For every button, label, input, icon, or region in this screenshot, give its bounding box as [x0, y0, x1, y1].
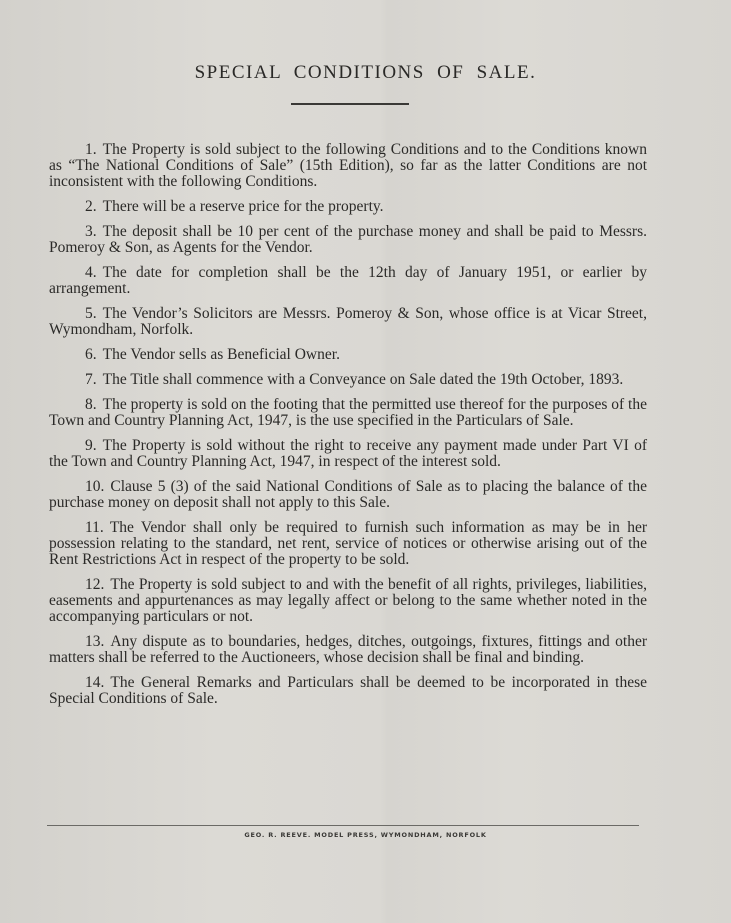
clause-7: 7.The Title shall commence with a Convey… [49, 372, 647, 388]
clause-4: 4.The date for completion shall be the 1… [49, 265, 647, 297]
clause-2: 2.There will be a reserve price for the … [49, 199, 647, 215]
clause-13: 13.Any dispute as to boundaries, hedges,… [49, 634, 647, 666]
clause-number: 11. [85, 519, 104, 536]
clause-text: The Property is sold subject to and with… [49, 576, 647, 625]
clause-number: 1. [85, 141, 97, 158]
clause-number: 14. [85, 674, 104, 691]
clause-text: The Property is sold subject to the foll… [49, 141, 647, 190]
clause-10: 10.Clause 5 (3) of the said National Con… [49, 479, 647, 511]
clause-number: 8. [85, 396, 97, 413]
printer-imprint: GEO. R. REEVE. MODEL PRESS, WYMONDHAM, N… [0, 831, 731, 839]
clause-text: The General Remarks and Particulars shal… [49, 674, 647, 707]
document-page: SPECIAL CONDITIONS OF SALE. 1.The Proper… [0, 0, 731, 923]
clause-text: There will be a reserve price for the pr… [103, 198, 384, 215]
clause-5: 5.The Vendor’s Solicitors are Messrs. Po… [49, 306, 647, 338]
title-underline-rule [291, 103, 409, 105]
clause-text: The Vendor shall only be required to fur… [49, 519, 647, 568]
clause-3: 3.The deposit shall be 10 per cent of th… [49, 224, 647, 256]
clause-number: 6. [85, 346, 97, 363]
clause-8: 8.The property is sold on the footing th… [49, 397, 647, 429]
clause-6: 6.The Vendor sells as Beneficial Owner. [49, 347, 647, 363]
clause-number: 10. [85, 478, 104, 495]
clause-9: 9.The Property is sold without the right… [49, 438, 647, 470]
clause-text: The Vendor’s Solicitors are Messrs. Pome… [49, 305, 647, 338]
clause-number: 13. [85, 633, 104, 650]
clause-text: The Title shall commence with a Conveyan… [103, 371, 624, 388]
clause-number: 12. [85, 576, 104, 593]
clause-text: The property is sold on the footing that… [49, 396, 647, 429]
document-title: SPECIAL CONDITIONS OF SALE. [0, 62, 731, 84]
clause-1: 1.The Property is sold subject to the fo… [49, 142, 647, 190]
clause-number: 4. [85, 264, 97, 281]
clause-number: 5. [85, 305, 97, 322]
clause-text: The deposit shall be 10 per cent of the … [49, 223, 647, 256]
clause-11: 11.The Vendor shall only be required to … [49, 520, 647, 568]
clause-12: 12.The Property is sold subject to and w… [49, 577, 647, 625]
clause-number: 2. [85, 198, 97, 215]
clause-text: The date for completion shall be the 12t… [49, 264, 647, 297]
footer-rule [47, 825, 639, 826]
clause-text: The Vendor sells as Beneficial Owner. [103, 346, 340, 363]
clause-number: 7. [85, 371, 97, 388]
clause-number: 9. [85, 437, 97, 454]
clause-text: Clause 5 (3) of the said National Condit… [49, 478, 647, 511]
clause-14: 14.The General Remarks and Particulars s… [49, 675, 647, 707]
clause-text: Any dispute as to boundaries, hedges, di… [49, 633, 647, 666]
clauses-list: 1.The Property is sold subject to the fo… [49, 142, 647, 716]
clause-text: The Property is sold without the right t… [49, 437, 647, 470]
clause-number: 3. [85, 223, 97, 240]
